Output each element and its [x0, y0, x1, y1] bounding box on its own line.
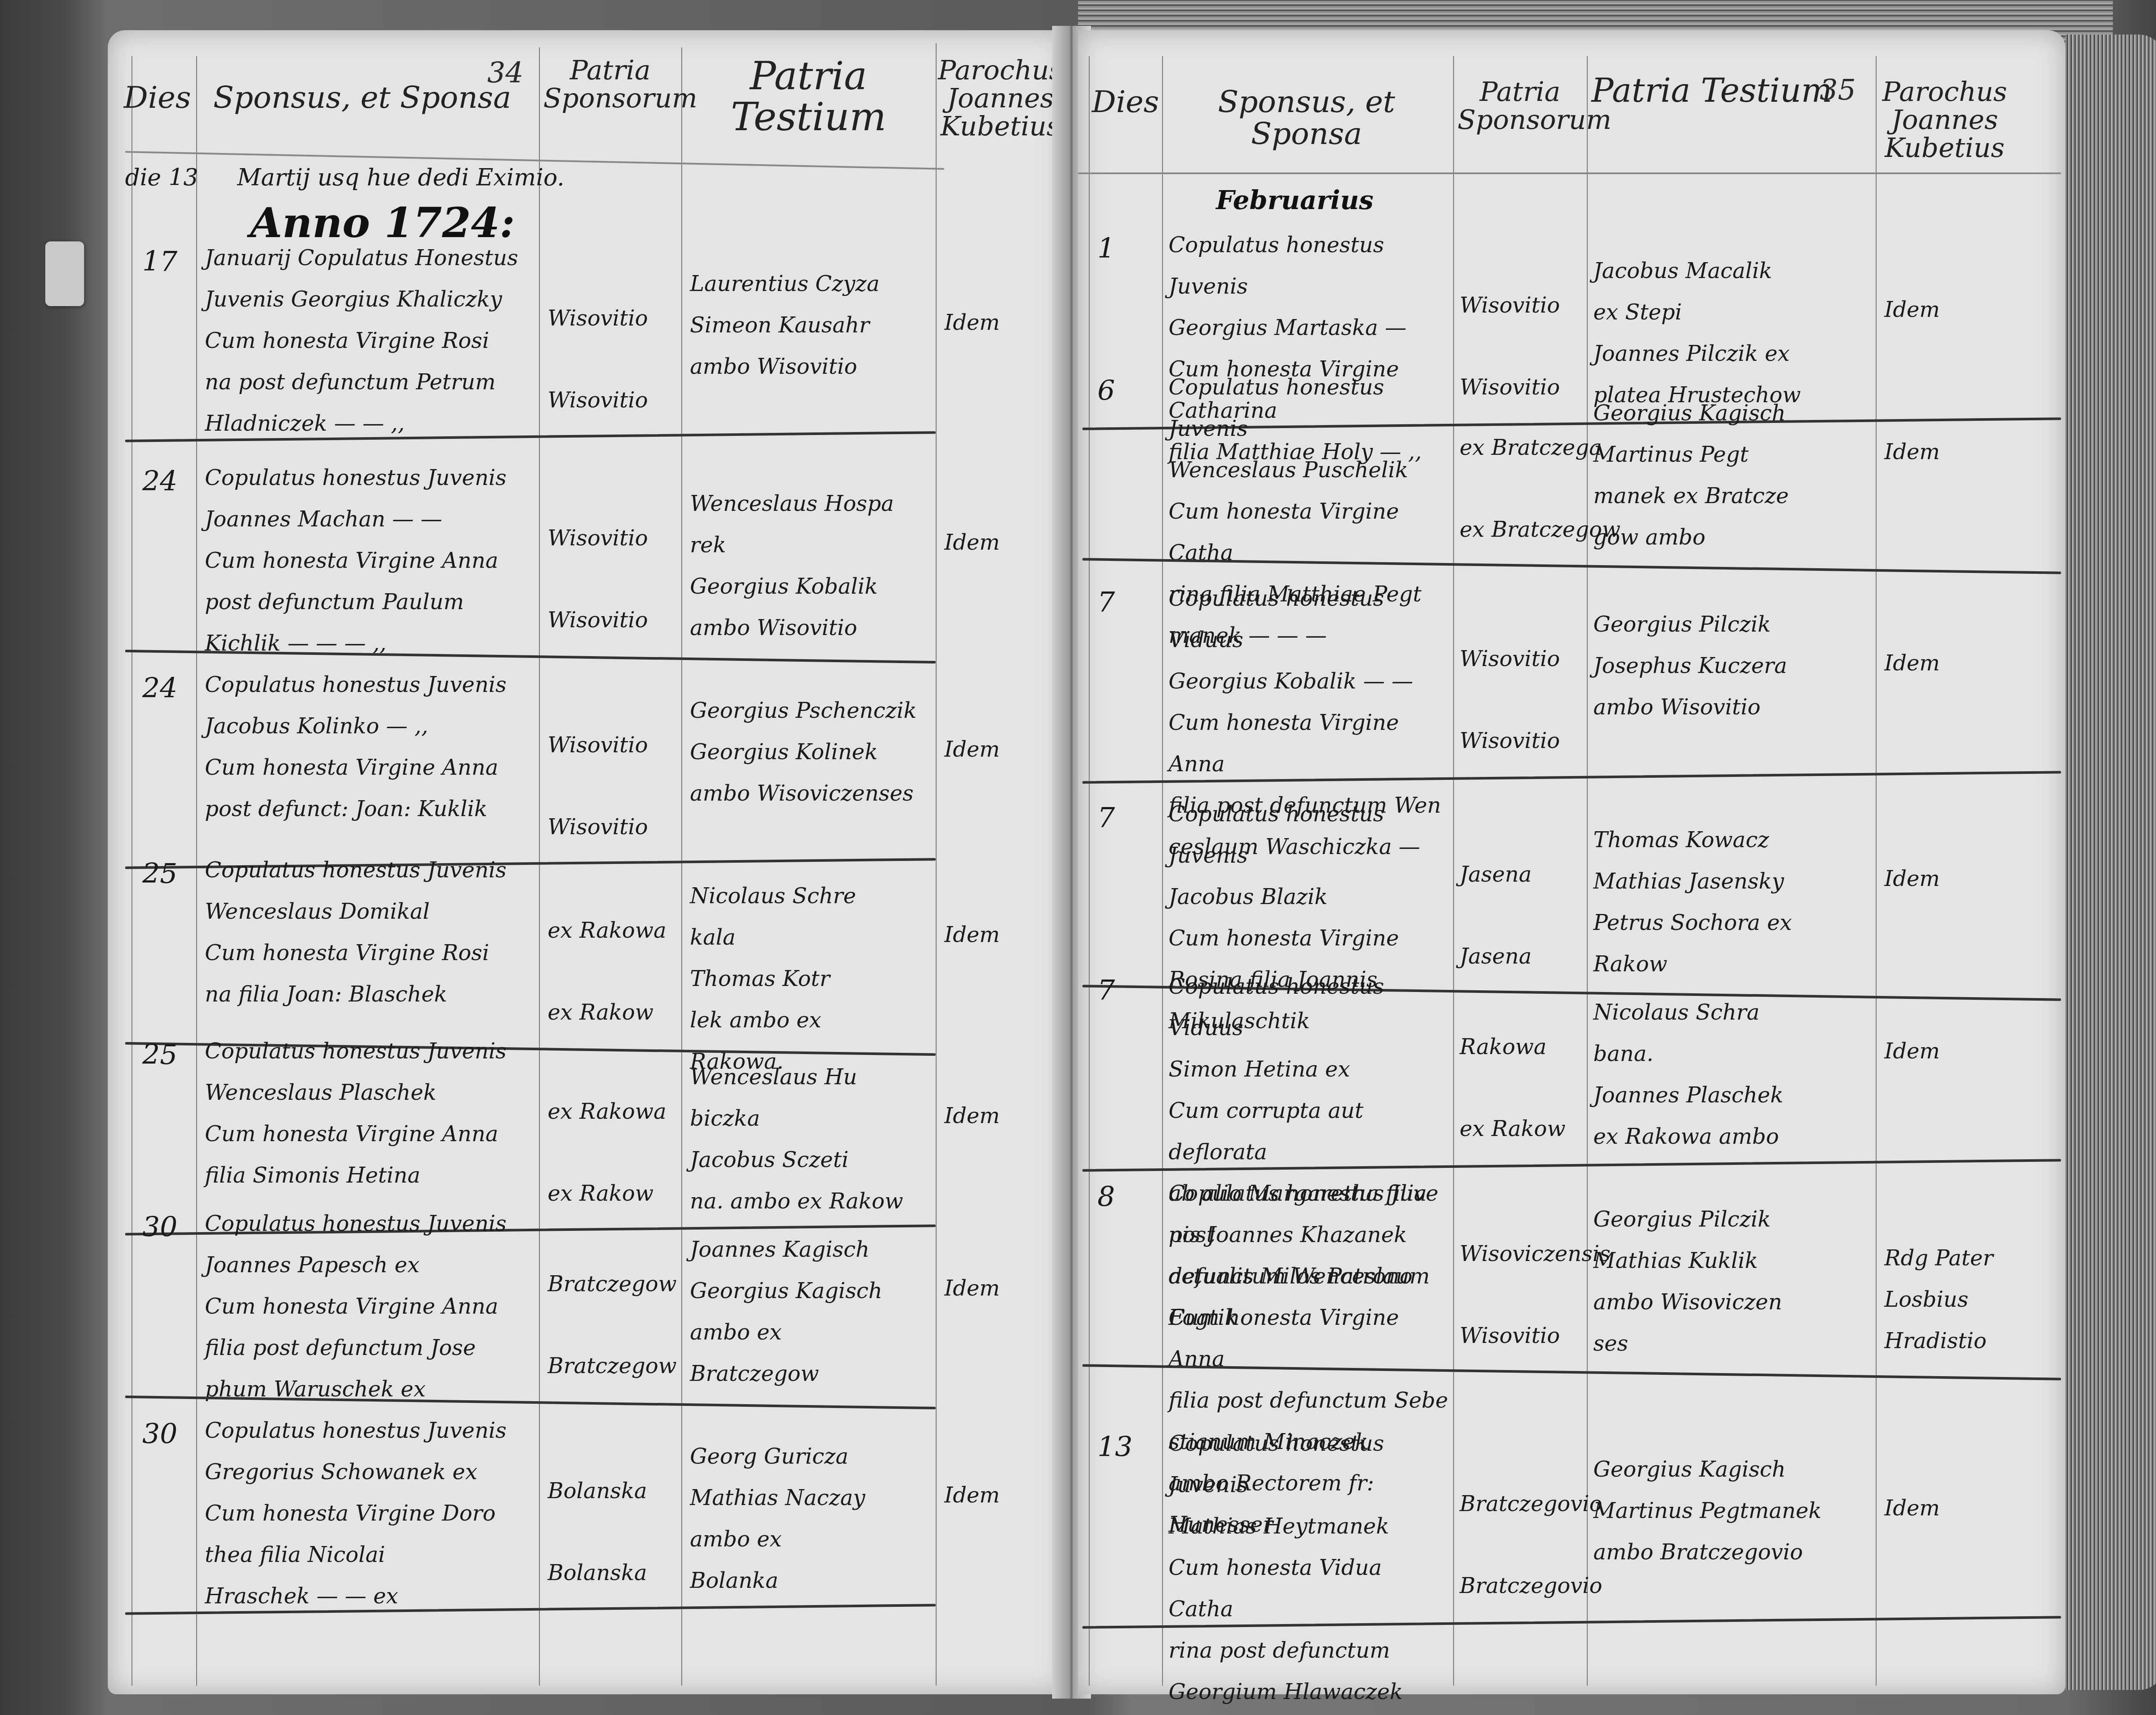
- header-parochus: Parochus Joannes Kubetius: [938, 56, 1063, 140]
- entry-patria-sponsi: Wisovitio: [548, 724, 648, 766]
- entry-parochus: Idem: [1884, 642, 2053, 684]
- entry-day: 24: [142, 673, 177, 704]
- column-rule: [1587, 56, 1588, 1686]
- entry-patria-sponsae: Bratczegow: [548, 1345, 677, 1386]
- entry-patria-sponsi: Jasena: [1460, 854, 1532, 895]
- entry-day: 13: [1097, 1431, 1132, 1463]
- entry-testes: Nicolaus Schra bana. Joannes Plaschek ex…: [1593, 992, 1869, 1157]
- entry-day: 24: [142, 466, 177, 498]
- entry-testes: Laurentius Czyza Simeon Kausahr ambo Wis…: [690, 263, 931, 387]
- column-rule: [681, 47, 682, 1686]
- entry-testes: Wenceslaus Hu biczka Jacobus Sczeti na. …: [690, 1056, 931, 1222]
- entry-parochus: Idem: [944, 1474, 1056, 1516]
- entry-patria-sponsi: Wisoviczensis: [1460, 1233, 1611, 1274]
- header-patria-testium: Patria Testium: [1591, 73, 1833, 108]
- entry-day: 30: [142, 1418, 177, 1450]
- entry-patria-sponsi: ex Rakowa: [548, 910, 666, 951]
- entry-testes: Georgius Pilczik Mathias Kuklik ambo Wis…: [1593, 1199, 1869, 1364]
- top-note-text: Martij usq hue dedi Eximio.: [237, 164, 564, 191]
- entry-parochus: Idem: [944, 522, 1056, 563]
- page-number: 35: [1820, 73, 1856, 106]
- entry-couple: Januarij Copulatus Honestus Juvenis Geor…: [205, 237, 537, 444]
- page-number: 34: [487, 56, 523, 89]
- entry-day: 7: [1097, 802, 1115, 834]
- column-rule: [539, 47, 540, 1686]
- entry-day: 30: [142, 1211, 177, 1243]
- entry-couple: Copulatus honestus Juvenis Joannes Macha…: [205, 457, 537, 664]
- entry-patria-sponsae: Wisovitio: [1460, 720, 1560, 761]
- entry-patria-sponsi: Bratczegovio: [1460, 1483, 1602, 1524]
- month-title: Februarius: [1216, 185, 1373, 216]
- entry-patria-sponsae: Jasena: [1460, 936, 1532, 977]
- entry-patria-sponsae: Wisovitio: [548, 806, 648, 848]
- entry-couple: Copulatus honestus Juvenis Gregorius Sch…: [205, 1410, 537, 1617]
- entry-testes: Georgius Pilczik Josephus Kuczera ambo W…: [1593, 604, 1869, 728]
- header-day: Dies: [1089, 86, 1162, 118]
- entry-parochus: Idem: [944, 1095, 1056, 1136]
- index-tab: [45, 241, 84, 306]
- entry-day: 25: [142, 858, 177, 890]
- entry-patria-sponsi: ex Bratczega: [1460, 427, 1602, 468]
- entry-patria-sponsi: Wisovitio: [1460, 638, 1560, 679]
- top-note-day: die 13: [125, 164, 198, 191]
- entry-patria-sponsi: Rakowa: [1460, 1026, 1547, 1067]
- entry-parochus: Idem: [944, 302, 1056, 343]
- entry-couple: Copulatus honestus Juvenis Wenceslaus Do…: [205, 849, 537, 1015]
- entry-couple: Copulatus honestus Juvenis Wenceslaus Pl…: [205, 1030, 537, 1196]
- entry-day: 1: [1097, 233, 1115, 265]
- header-patria-testium: Patria Testium: [686, 56, 931, 138]
- entry-patria-sponsi: Wisovitio: [548, 297, 648, 339]
- column-rule: [196, 56, 197, 1686]
- entry-patria-sponsi: Bolanska: [548, 1470, 647, 1512]
- entry-couple: Copulatus honestus Juvenis Joannes Papes…: [205, 1203, 537, 1410]
- entry-patria-sponsae: Wisovitio: [1460, 366, 1560, 408]
- entry-testes: Georgius Pschenczik Georgius Kolinek amb…: [690, 690, 931, 814]
- entry-day: 7: [1097, 586, 1115, 618]
- right-page: Dies Sponsus, et Sponsa Patria Sponsorum…: [1078, 30, 2065, 1694]
- page-block-edge: [2065, 34, 2156, 1690]
- entry-patria-sponsi: Wisovitio: [548, 517, 648, 559]
- entry-testes: Wenceslaus Hospa rek Georgius Kobalik am…: [690, 483, 931, 648]
- entry-parochus: Idem: [944, 914, 1056, 955]
- header-patria-sponsorum: Patria Sponsorum: [1457, 78, 1583, 134]
- entry-patria-sponsae: ex Rakow: [548, 992, 653, 1033]
- entry-parochus: Idem: [1884, 289, 2053, 330]
- entry-testes: Joannes Kagisch Georgius Kagisch ambo ex…: [690, 1229, 931, 1394]
- column-rule: [1876, 56, 1877, 1686]
- header-couple: Sponsus, et Sponsa: [1164, 86, 1449, 150]
- entry-couple: Copulatus honestus Juvenis Jacobus Kolin…: [205, 664, 537, 829]
- entry-parochus: Idem: [1884, 1030, 2053, 1072]
- column-rule: [1453, 56, 1454, 1686]
- entry-parochus: Idem: [1884, 858, 2053, 899]
- entry-parochus: Idem: [1884, 431, 2053, 473]
- entry-day: 25: [142, 1039, 177, 1071]
- entry-parochus: Idem: [1884, 1487, 2053, 1529]
- entry-patria-sponsae: Wisovitio: [548, 599, 648, 641]
- entry-patria-sponsae: Wisovitio: [548, 379, 648, 421]
- entry-testes: Thomas Kowacz Mathias Jasensky Petrus So…: [1593, 819, 1869, 985]
- entry-day: 17: [142, 246, 177, 278]
- column-rule: [132, 56, 132, 1686]
- entry-couple: Copulatus honestus Juvenis Mathias Heytm…: [1169, 1423, 1453, 1712]
- left-page: Dies Sponsus, et Sponsa 34 Patria Sponso…: [108, 30, 1065, 1694]
- entry-patria-sponsae: Bratczegovio: [1460, 1565, 1602, 1606]
- entry-patria-sponsae: ex Rakow: [1460, 1108, 1565, 1149]
- column-rule: [1089, 56, 1090, 1686]
- header-patria-sponsorum: Patria Sponsorum: [543, 56, 677, 112]
- entry-patria-sponsi: Bratczegow: [548, 1263, 677, 1305]
- entry-testes: Georg Guricza Mathias Naczay ambo ex Bol…: [690, 1436, 931, 1601]
- column-rule: [1162, 56, 1163, 1686]
- entry-testes: Jacobus Macalik ex Stepi Joannes Pilczik…: [1593, 250, 1869, 416]
- header-couple: Sponsus, et Sponsa: [207, 82, 517, 114]
- column-rule: [936, 43, 937, 1686]
- entry-day: 8: [1097, 1181, 1115, 1213]
- entry-patria-sponsi: Wisovitio: [1460, 285, 1560, 326]
- entry-parochus: Rdg Pater Losbius Hradistio: [1884, 1237, 2053, 1361]
- entry-parochus: Idem: [944, 729, 1056, 770]
- entry-day: 7: [1097, 974, 1115, 1006]
- header-parochus: Parochus Joannes Kubetius: [1880, 78, 2009, 162]
- entry-patria-sponsae: Bolanska: [548, 1552, 647, 1593]
- entry-testes: Georgius Kagisch Martinus Pegtmanek ambo…: [1593, 1449, 1869, 1573]
- header-day: Dies: [121, 82, 194, 114]
- entry-patria-sponsi: ex Rakowa: [548, 1091, 666, 1132]
- entry-testes: Georgius Kagisch Martinus Pegt manek ex …: [1593, 392, 1869, 558]
- entry-patria-sponsae: ex Rakow: [548, 1173, 653, 1214]
- entry-day: 6: [1097, 375, 1115, 407]
- entry-parochus: Idem: [944, 1267, 1056, 1309]
- entry-patria-sponsae: Wisovitio: [1460, 1315, 1560, 1356]
- header-rule: [1078, 172, 2061, 174]
